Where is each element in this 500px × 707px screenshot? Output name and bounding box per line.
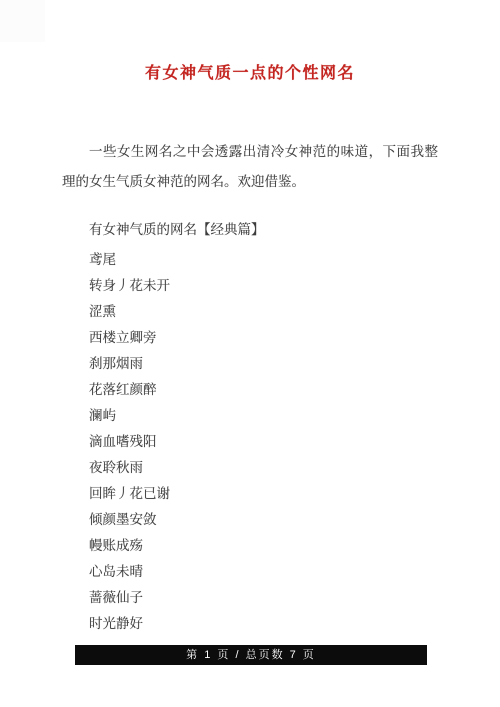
scan-corner-artifact <box>0 0 45 42</box>
name-item: 澜屿 <box>62 403 438 429</box>
name-item: 蔷薇仙子 <box>62 585 438 611</box>
name-item: 时光静好 <box>62 611 438 637</box>
intro-paragraph: 一些女生网名之中会透露出清冷女神范的味道，下面我整理的女生气质女神范的网名。欢迎… <box>62 137 438 197</box>
name-item: 刹那烟雨 <box>62 351 438 377</box>
page-number-label: 第 1 页 / 总页数 7 页 <box>186 649 316 661</box>
name-item: 倾颜墨安敛 <box>62 507 438 533</box>
name-item: 心岛未晴 <box>62 559 438 585</box>
name-item: 涩熏 <box>62 299 438 325</box>
name-items: 鸢尾 转身丿花未开 涩熏 西楼立卿旁 刹那烟雨 花落红颜醉 澜屿 滴血嗜残阳 夜… <box>0 247 500 637</box>
name-list: 有女神气质的网名【经典篇】 鸢尾 转身丿花未开 涩熏 西楼立卿旁 刹那烟雨 花落… <box>0 217 500 637</box>
name-item: 滴血嗜残阳 <box>62 429 438 455</box>
name-item: 花落红颜醉 <box>62 377 438 403</box>
name-item: 回眸丿花已谢 <box>62 481 438 507</box>
name-item: 夜聆秋雨 <box>62 455 438 481</box>
document-page: 有女神气质一点的个性网名 一些女生网名之中会透露出清冷女神范的味道，下面我整理的… <box>0 0 500 707</box>
name-item: 鸢尾 <box>62 247 438 273</box>
section-header: 有女神气质的网名【经典篇】 <box>62 217 438 243</box>
name-item: 幔账成殇 <box>62 533 438 559</box>
footer-bar: 第 1 页 / 总页数 7 页 <box>75 645 427 665</box>
doc-title: 有女神气质一点的个性网名 <box>0 0 500 83</box>
name-item: 西楼立卿旁 <box>62 325 438 351</box>
name-item: 转身丿花未开 <box>62 273 438 299</box>
